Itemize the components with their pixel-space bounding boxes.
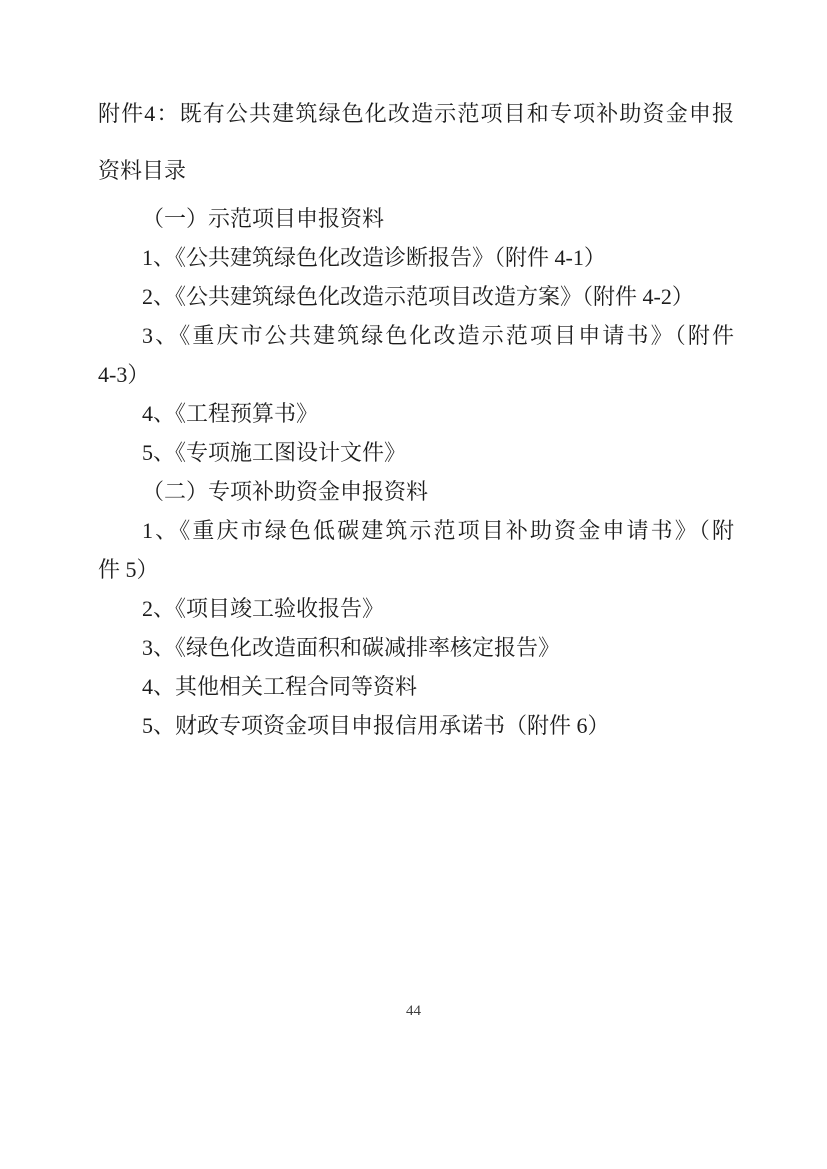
section-2-item-2: 2、《项目竣工验收报告》 xyxy=(98,589,734,628)
section-1-item-4: 4、《工程预算书》 xyxy=(98,394,734,433)
section-1-item-5: 5、《专项施工图设计文件》 xyxy=(98,433,734,472)
document-title: 附件4：既有公共建筑绿色化改造示范项目和专项补助资金申报 资料目录 xyxy=(98,85,734,199)
section-1-heading: （一）示范项目申报资料 xyxy=(98,199,734,238)
section-1-item-1: 1、《公共建筑绿色化改造诊断报告》（附件 4-1） xyxy=(98,238,734,277)
section-2-heading: （二）专项补助资金申报资料 xyxy=(98,472,734,511)
section-2-item-5: 5、财政专项资金项目申报信用承诺书（附件 6） xyxy=(98,706,734,745)
document-page: 附件4：既有公共建筑绿色化改造示范项目和专项补助资金申报 资料目录 （一）示范项… xyxy=(0,0,827,1169)
section-1-item-3-line-1: 3、《重庆市公共建筑绿色化改造示范项目申请书》（附件 xyxy=(98,316,734,355)
section-2-item-3: 3、《绿色化改造面积和碳减排率核定报告》 xyxy=(98,628,734,667)
section-2-item-1-line-1: 1、《重庆市绿色低碳建筑示范项目补助资金申请书》（附 xyxy=(98,511,734,550)
section-1-item-3-line-2: 4-3） xyxy=(98,355,734,394)
section-1-item-2: 2、《公共建筑绿色化改造示范项目改造方案》（附件 4-2） xyxy=(98,277,734,316)
document-title-line-1: 附件4：既有公共建筑绿色化改造示范项目和专项补助资金申报 xyxy=(98,85,734,142)
section-2-item-4: 4、其他相关工程合同等资料 xyxy=(98,667,734,706)
document-body: 附件4：既有公共建筑绿色化改造示范项目和专项补助资金申报 资料目录 （一）示范项… xyxy=(98,85,734,745)
section-2-item-1-line-2: 件 5） xyxy=(98,550,734,589)
document-title-line-2: 资料目录 xyxy=(98,142,734,199)
page-number: 44 xyxy=(0,1000,827,1022)
